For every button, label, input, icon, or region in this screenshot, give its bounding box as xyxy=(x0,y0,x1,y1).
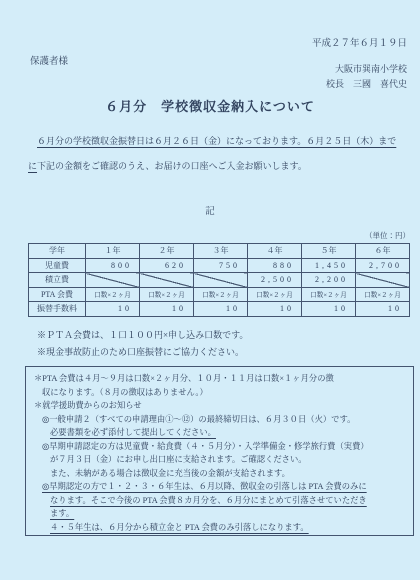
page-title: ６月分 学校徴収金納入について xyxy=(0,96,420,115)
table-cell xyxy=(194,273,248,288)
body-line2-underlined: に xyxy=(28,161,37,171)
table-header-cell: ６年 xyxy=(356,244,410,259)
table-cell: 口数×２ヶ月 xyxy=(194,287,248,302)
ki-label: 記 xyxy=(0,203,420,217)
table-row: PTA 会費口数×２ヶ月口数×２ヶ月口数×２ヶ月口数×２ヶ月口数×２ヶ月口数×２… xyxy=(29,287,410,302)
table-cell: 10 xyxy=(140,302,194,317)
table-cell: 2,200 xyxy=(302,273,356,288)
box-line: ◎一般申請２（すべての申請理由①～⑫）の最終締切日は、６月３０日（火）です。 xyxy=(34,413,405,427)
table-cell: 口数×２ヶ月 xyxy=(248,287,302,302)
box-line: ＊PTA 会費は４月～９月は口数×２ヶ月分、１０月・１１月は口数×１ヶ月分の徴 xyxy=(34,372,405,386)
body-paragraph: ６月分の学校徴収金振替日は６月２６日（金）になっております。６月２５日（木）まで… xyxy=(28,129,414,179)
announcement-box: ＊PTA 会費は４月～９月は口数×２ヶ月分、１０月・１１月は口数×１ヶ月分の徴収… xyxy=(25,366,414,536)
issue-date: 平成２７年６月１９日 xyxy=(312,35,407,49)
table-header-cell: ４年 xyxy=(248,244,302,259)
note-line: ※現金事故防止のため口座振替にご協力ください。 xyxy=(37,344,248,361)
table-cell: 10 xyxy=(302,302,356,317)
school-name: 大阪市巽南小学校 xyxy=(326,62,407,77)
table-row: 積立費2,5002,200 xyxy=(29,273,410,288)
box-line: なります。そこで今後の PTA 会費８カ月分を、６月分にまとめて引落させていただ… xyxy=(34,494,405,508)
table-cell: 10 xyxy=(86,302,140,317)
table-header-cell: １年 xyxy=(86,244,140,259)
table-cell xyxy=(86,273,140,288)
box-line: 必要書類を必ず添付して提出してください。 xyxy=(34,426,405,440)
table-cell xyxy=(140,273,194,288)
sender-block: 大阪市巽南小学校 校長 三國 喜代史 xyxy=(326,62,407,92)
box-line: が７月３日（金）にお申し出口座に支給されます。ご確認ください。 xyxy=(34,453,405,467)
table-cell: 口数×２ヶ月 xyxy=(356,287,410,302)
table-header-cell: ５年 xyxy=(302,244,356,259)
recipient-label: 保護者様 xyxy=(30,53,68,67)
box-line: ４・５年生は、６月分から積立金と PTA 会費のみ引落しになります。 xyxy=(34,521,405,535)
table-cell: 1,450 xyxy=(302,258,356,273)
table-row-label: 児童費 xyxy=(29,258,86,273)
notes-block: ※ＰＴＡ会費は、１口１００円×申し込み口数です。 ※現金事故防止のため口座振替に… xyxy=(37,327,248,360)
table-cell: 800 xyxy=(86,258,140,273)
box-line: ます。 xyxy=(34,507,405,521)
table-cell: 口数×２ヶ月 xyxy=(86,287,140,302)
table-cell: 620 xyxy=(140,258,194,273)
body-line2-rest: 下記の金額をご確認のうえ、お届けの口座へご入金お願いします。 xyxy=(37,161,307,171)
table-row-label: 振替手数料 xyxy=(29,302,86,317)
box-line: ◎早期申請認定の方は児童費・給食費（４・５月分）・入学準備金・修学旅行費（実費） xyxy=(34,440,405,454)
table-cell xyxy=(356,273,410,288)
table-header-cell: 学年 xyxy=(29,244,86,259)
table-row: 児童費8006207508801,4502,700 xyxy=(29,258,410,273)
table-cell: 口数×２ヶ月 xyxy=(140,287,194,302)
note-line: ※ＰＴＡ会費は、１口１００円×申し込み口数です。 xyxy=(37,327,248,344)
table-cell: 10 xyxy=(194,302,248,317)
box-line: ＊就学援助費からのお知らせ xyxy=(34,399,405,413)
box-line: また、未納がある場合は徴収金に充当後の金額が支給されます。 xyxy=(34,467,405,481)
table-cell: 口数×２ヶ月 xyxy=(302,287,356,302)
table-cell: 10 xyxy=(248,302,302,317)
table-row-label: PTA 会費 xyxy=(29,287,86,302)
table-header-cell: ２年 xyxy=(140,244,194,259)
unit-note: （単位：円） xyxy=(365,230,410,241)
table-cell: 2,500 xyxy=(248,273,302,288)
table-row: 振替手数料101010101010 xyxy=(29,302,410,317)
table-row-label: 積立費 xyxy=(29,273,86,288)
table-header-row: 学年１年２年３年４年５年６年 xyxy=(29,244,410,259)
body-line1: ６月分の学校徴収金振替日は６月２６日（金）になっております。６月２５日（木）まで xyxy=(37,136,396,146)
table-cell: 880 xyxy=(248,258,302,273)
table-cell: 750 xyxy=(194,258,248,273)
table-header-cell: ３年 xyxy=(194,244,248,259)
fee-table: 学年１年２年３年４年５年６年児童費8006207508801,4502,700積… xyxy=(28,243,410,317)
principal-name: 校長 三國 喜代史 xyxy=(326,77,407,92)
box-line: ◎早期認定の方で１・２・３・６年生は、６月以降、徴収金の引落しは PTA 会費の… xyxy=(34,480,405,494)
table-cell: 2,700 xyxy=(356,258,410,273)
document-page: 平成２７年６月１９日 保護者様 大阪市巽南小学校 校長 三國 喜代史 ６月分 学… xyxy=(0,0,420,580)
table-cell: 10 xyxy=(356,302,410,317)
box-line: 収になります。（８月の徴収はありません。） xyxy=(34,386,405,400)
